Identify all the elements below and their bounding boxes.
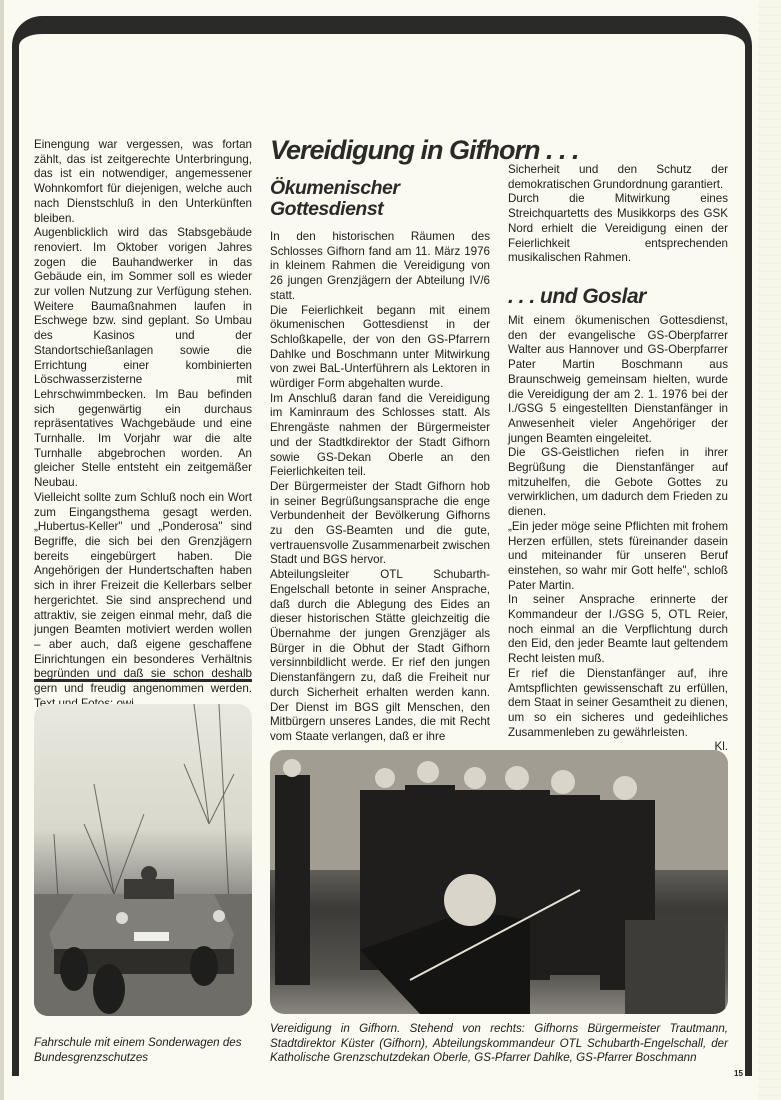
paragraph: Die GS-Geistlichen riefen in ihrer Begrü… bbox=[508, 446, 728, 520]
ceremony-photo-caption: Vereidigung in Gifhorn. Stehend von rech… bbox=[270, 1022, 728, 1066]
section-divider bbox=[34, 679, 252, 682]
adjacent-page-edge bbox=[758, 0, 781, 1100]
paragraph: Mit einem ökumenischen Gottesdienst, den… bbox=[508, 314, 728, 446]
paragraph: In seiner Ansprache erinnerte der Komman… bbox=[508, 593, 728, 667]
page-number: 15 bbox=[734, 1069, 743, 1078]
paragraph: Im Anschluß daran fand die Vereidigung i… bbox=[270, 392, 490, 480]
article-column-2: In den historischen Räumen des Schlosses… bbox=[270, 230, 490, 745]
section-heading-goslar: . . . und Goslar bbox=[508, 285, 646, 309]
ceremony-photo bbox=[270, 750, 728, 1014]
vehicle-illustration bbox=[34, 704, 252, 1016]
paragraph: In den historischen Räumen des Schlosses… bbox=[270, 230, 490, 304]
paragraph: „Ein jeder möge seine Pflichten mit froh… bbox=[508, 520, 728, 594]
article-title: Vereidigung in Gifhorn . . . bbox=[270, 135, 579, 166]
article-column-3: Sicherheit und den Schutz der demokratis… bbox=[508, 163, 728, 266]
paragraph: Abteilungsleiter OTL Schubarth-Engelscha… bbox=[270, 568, 490, 744]
article-column-1: Einengung war vergessen, was fortan zähl… bbox=[34, 138, 252, 711]
paragraph: Einengung war vergessen, was fortan zähl… bbox=[34, 138, 252, 226]
paragraph: Augenblicklich wird das Stabsgebäude ren… bbox=[34, 226, 252, 491]
section-heading-oekumenischer: Ökumenischer Gottesdienst bbox=[270, 178, 500, 220]
article-column-3-goslar: Mit einem ökumenischen Gottesdienst, den… bbox=[508, 314, 728, 755]
paragraph: Er rief die Dienstanfänger auf, ihre Amt… bbox=[508, 667, 728, 741]
paragraph: Der Bürgermeister der Stadt Gifhorn hob … bbox=[270, 480, 490, 568]
paragraph: Durch die Mitwirkung eines Streichquarte… bbox=[508, 192, 728, 266]
paragraph: Sicherheit und den Schutz der demokratis… bbox=[508, 163, 728, 192]
paragraph: Die Feierlichkeit begann mit einem ökume… bbox=[270, 304, 490, 392]
page-edge bbox=[0, 0, 4, 1100]
vehicle-photo bbox=[34, 704, 252, 1016]
vehicle-photo-caption: Fahrschule mit einem Sonderwagen des Bun… bbox=[34, 1036, 254, 1065]
ceremony-illustration bbox=[270, 750, 728, 1014]
